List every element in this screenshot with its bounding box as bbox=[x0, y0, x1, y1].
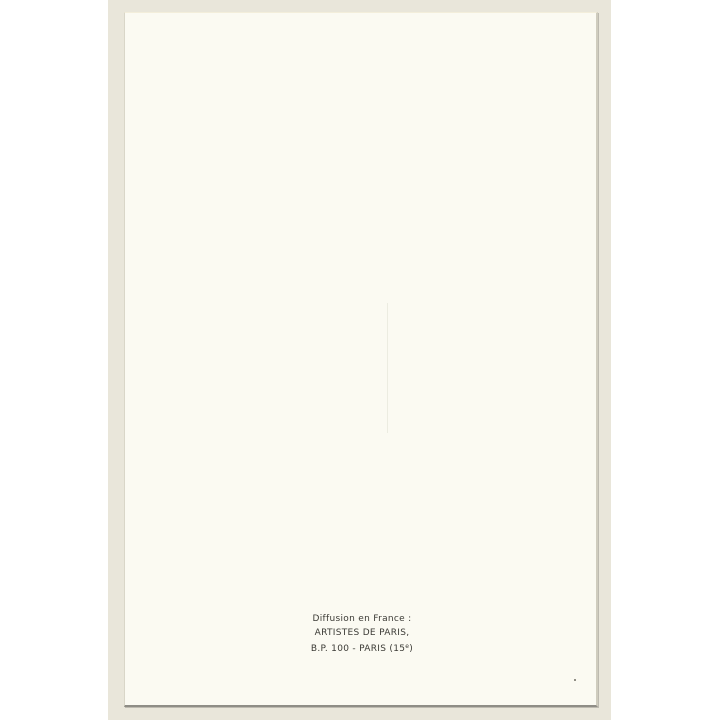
address-close: ) bbox=[409, 644, 413, 654]
publisher-imprint: Diffusion en France : ARTISTES DE PARIS,… bbox=[265, 612, 459, 656]
address-text: B.P. 100 - PARIS (15 bbox=[311, 644, 405, 654]
imprint-line-address: B.P. 100 - PARIS (15e) bbox=[265, 640, 459, 656]
postcard-back: Diffusion en France : ARTISTES DE PARIS,… bbox=[124, 12, 598, 707]
imprint-line-distribution: Diffusion en France : bbox=[265, 612, 459, 626]
imprint-line-publisher: ARTISTES DE PARIS, bbox=[265, 626, 459, 640]
paper-speck bbox=[574, 679, 576, 681]
paper-crease bbox=[387, 303, 388, 433]
